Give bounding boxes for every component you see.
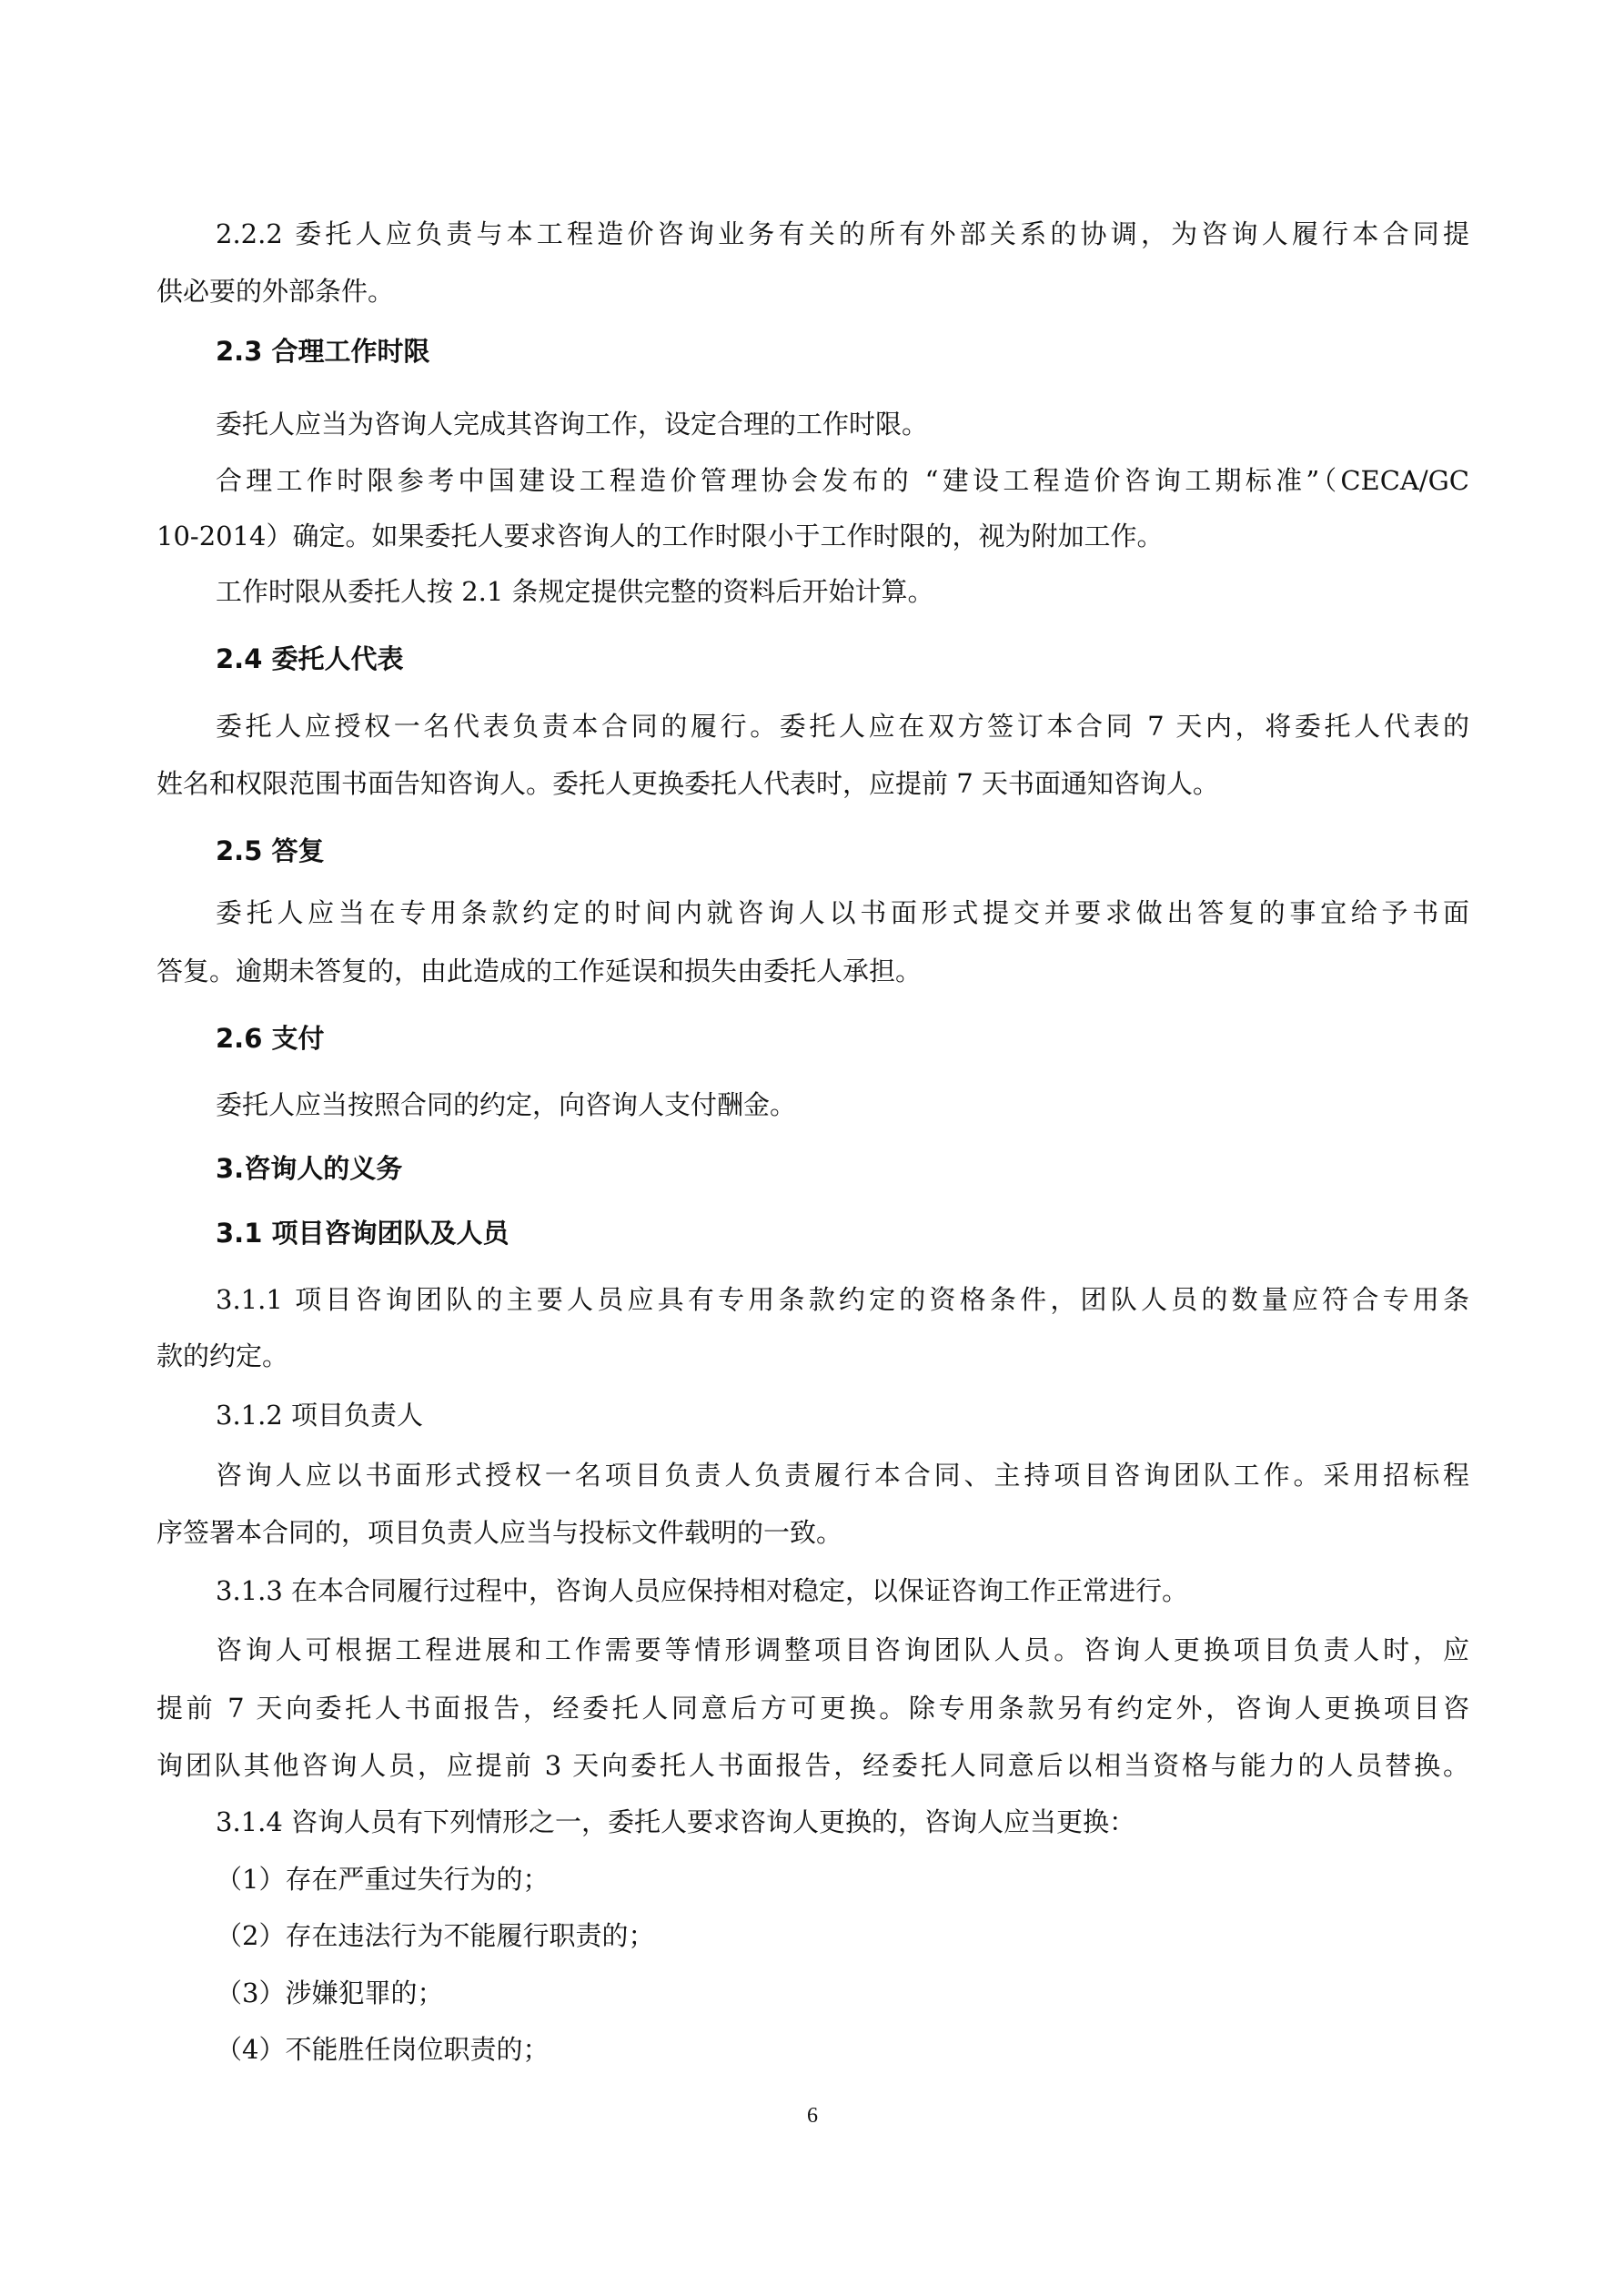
clause-2-3-para-2-line-2: 10-2014）确定。如果委托人要求咨询人的工作时限小于工作时限的，视为附加工作… <box>156 519 1469 553</box>
clause-2-2-2-line-1: 2.2.2 委托人应负责与本工程造价咨询业务有关的所有外部关系的协调，为咨询人履… <box>216 217 1469 251</box>
clause-3-1-3-para-line-1: 咨询人可根据工程进展和工作需要等情形调整项目咨询团队人员。咨询人更换项目负责人时… <box>216 1633 1469 1667</box>
list-item-1: （1）存在严重过失行为的； <box>216 1862 1469 1896</box>
clause-2-3-para-3: 工作时限从委托人按 2.1 条规定提供完整的资料后开始计算。 <box>216 574 1469 609</box>
heading-2-5: 2.5 答复 <box>216 834 1469 868</box>
heading-3: 3.咨询人的义务 <box>216 1151 1469 1186</box>
clause-2-3-para-1: 委托人应当为咨询人完成其咨询工作，设定合理的工作时限。 <box>216 407 1469 441</box>
clause-3-1-2-line-2: 序签署本合同的，项目负责人应当与投标文件载明的一致。 <box>156 1515 1469 1550</box>
document-page: 2.2.2 委托人应负责与本工程造价咨询业务有关的所有外部关系的协调，为咨询人履… <box>0 0 1624 2296</box>
heading-2-4: 2.4 委托人代表 <box>216 642 1469 676</box>
clause-3-1-2-line-1: 咨询人应以书面形式授权一名项目负责人负责履行本合同、主持项目咨询团队工作。采用招… <box>216 1458 1469 1492</box>
clause-3-1-1-line-2: 款的约定。 <box>156 1339 1469 1373</box>
heading-2-3: 2.3 合理工作时限 <box>216 334 1469 369</box>
list-item-2: （2）存在违法行为不能履行职责的； <box>216 1918 1469 1953</box>
clause-2-6: 委托人应当按照合同的约定，向咨询人支付酬金。 <box>216 1087 1469 1122</box>
list-item-3: （3）涉嫌犯罪的； <box>216 1976 1469 2010</box>
clause-3-1-3: 3.1.3 在本合同履行过程中，咨询人员应保持相对稳定，以保证咨询工作正常进行。 <box>216 1573 1469 1608</box>
heading-2-6: 2.6 支付 <box>216 1021 1469 1056</box>
clause-2-5-line-1: 委托人应当在专用条款约定的时间内就咨询人以书面形式提交并要求做出答复的事宜给予书… <box>216 895 1469 930</box>
list-item-4: （4）不能胜任岗位职责的； <box>216 2032 1469 2067</box>
clause-3-1-3-para-line-2: 提前 7 天向委托人书面报告，经委托人同意后方可更换。除专用条款另有约定外，咨询… <box>156 1691 1469 1725</box>
page-number: 6 <box>767 2101 858 2130</box>
clause-3-1-1-line-1: 3.1.1 项目咨询团队的主要人员应具有专用条款约定的资格条件，团队人员的数量应… <box>216 1282 1469 1317</box>
clause-2-2-2-line-2: 供必要的外部条件。 <box>156 274 1469 308</box>
clause-3-1-2-title: 3.1.2 项目负责人 <box>216 1398 1469 1432</box>
clause-3-1-3-para-line-3: 询团队其他咨询人员，应提前 3 天向委托人书面报告，经委托人同意后以相当资格与能… <box>156 1748 1469 1783</box>
clause-2-3-para-2-line-1: 合理工作时限参考中国建设工程造价管理协会发布的 “建设工程造价咨询工期标准”（C… <box>216 463 1469 498</box>
clause-2-4-line-1: 委托人应授权一名代表负责本合同的履行。委托人应在双方签订本合同 7 天内，将委托… <box>216 709 1469 743</box>
clause-2-5-line-2: 答复。逾期未答复的，由此造成的工作延误和损失由委托人承担。 <box>156 954 1469 988</box>
clause-3-1-4: 3.1.4 咨询人员有下列情形之一，委托人要求咨询人更换的，咨询人应当更换： <box>216 1805 1469 1839</box>
heading-3-1: 3.1 项目咨询团队及人员 <box>216 1216 1469 1250</box>
clause-2-4-line-2: 姓名和权限范围书面告知咨询人。委托人更换委托人代表时，应提前 7 天书面通知咨询… <box>156 766 1469 801</box>
